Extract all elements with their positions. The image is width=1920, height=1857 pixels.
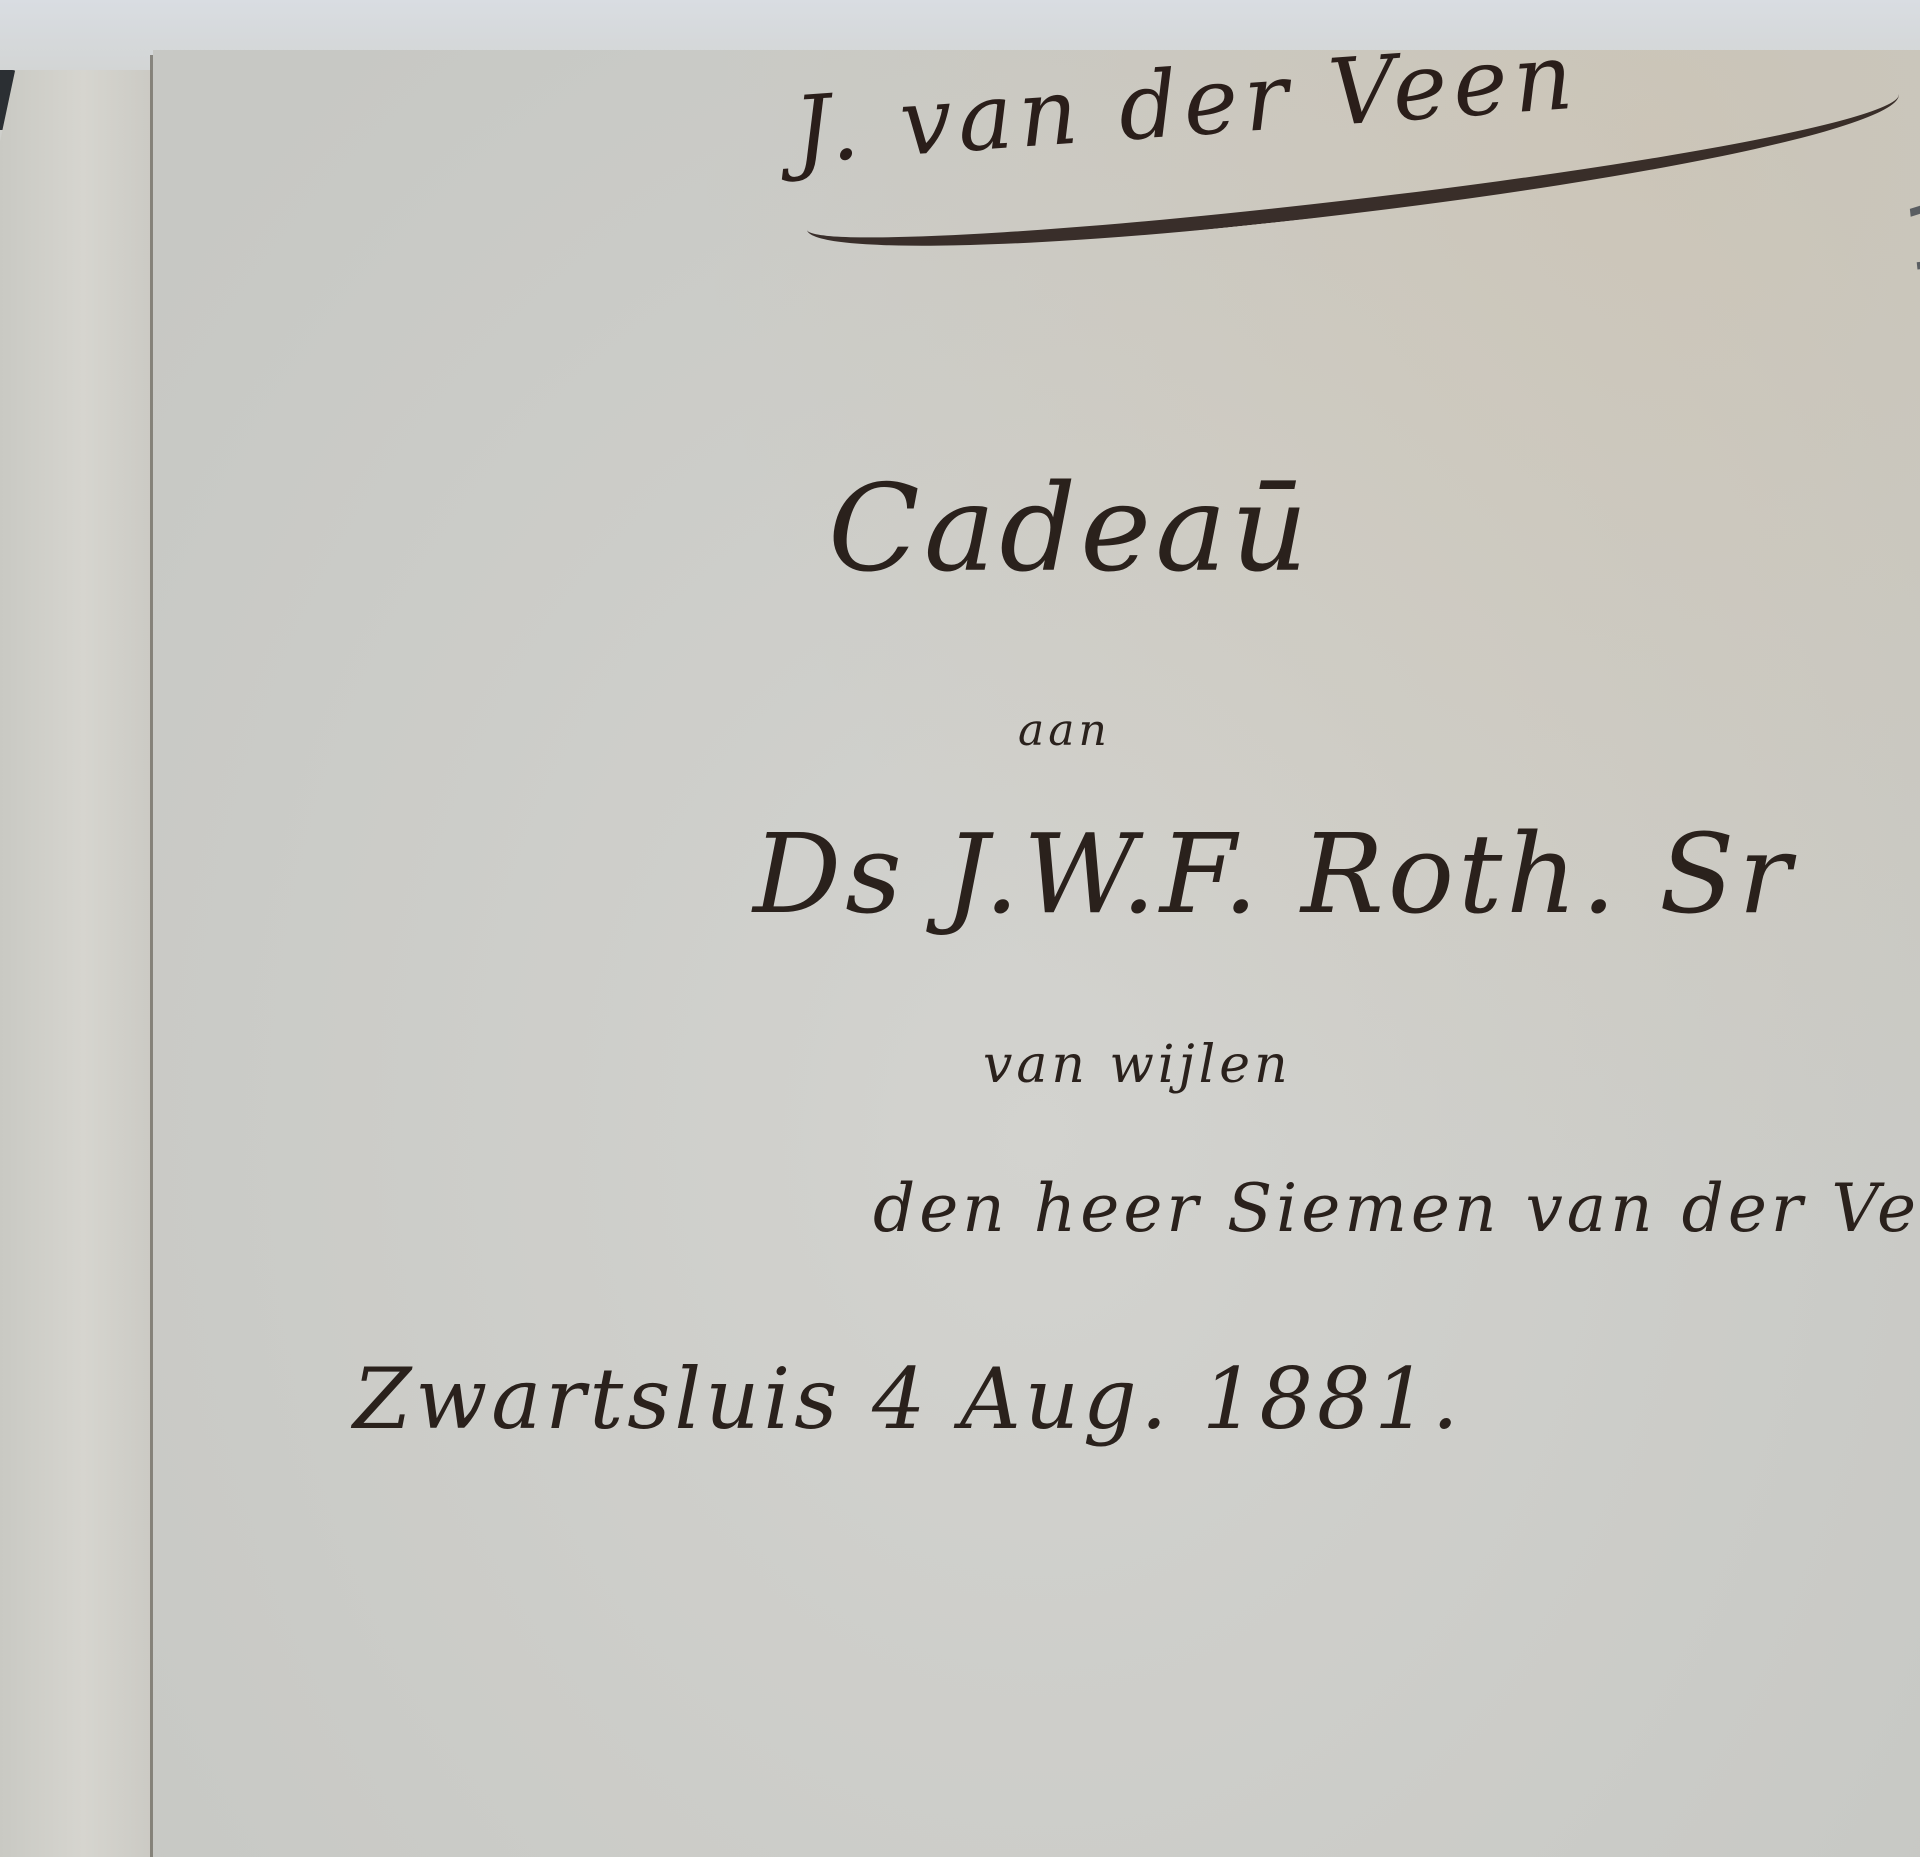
inscription-title: Cadeaū (828, 460, 1312, 599)
inscription-from-label: van wijlen (983, 1035, 1292, 1095)
inscription-place-date: Zwartsluis 4 Aug. 1881. (353, 1350, 1463, 1448)
inscription-recipient: Ds J.W.F. Roth. Sr (753, 810, 1795, 938)
inscription-to-label: aan (1018, 705, 1111, 756)
inscription-donor: den heer Siemen van der Vee (873, 1170, 1920, 1247)
inscription-page: J. van der Veen 12– Cadeaū aan Ds J.W.F.… (153, 50, 1920, 1857)
flyleaf-page (0, 70, 152, 1857)
pencil-number: 12– (1898, 172, 1920, 292)
